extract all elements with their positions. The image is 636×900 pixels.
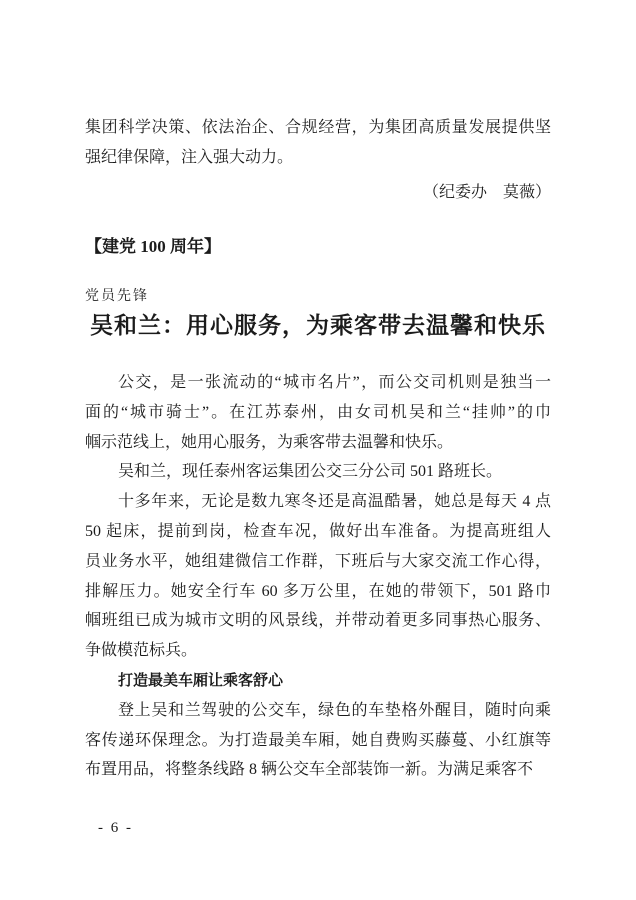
text-line: 客传递环保理念。为打造最美车厢，她自费购买藤蔓、小红旗等 [85, 726, 551, 756]
page-number: - 6 - [98, 818, 133, 838]
text-line: 帼班组已成为城市文明的风景线，并带动着更多同事热心服务、 [85, 606, 551, 636]
text-line: 强纪律保障，注入强大动力。 [85, 143, 551, 173]
paragraph: 十多年来，无论是数九寒冬还是高温酷暑，她总是每天 4 点50 起床，提前到岗，检… [85, 487, 551, 666]
text-line: 员业务水平，她组建微信工作群，下班后与大家交流工作心得， [85, 547, 551, 577]
article-kicker: 党员先锋 [85, 288, 551, 306]
text-line: 50 起床，提前到岗，检查车况，做好出车准备。为提高班组人 [85, 517, 551, 547]
text-line: 布置用品，将整条线路 8 辆公交车全部装饰一新。为满足乘客不 [85, 755, 551, 785]
paragraph: 登上吴和兰驾驶的公交车，绿色的车垫格外醒目，随时向乘客传递环保理念。为打造最美车… [85, 696, 551, 785]
text-line: 吴和兰，现任泰州客运集团公交三分公司 501 路班长。 [85, 457, 551, 487]
text-line: 排解压力。她安全行车 60 多万公里，在她的带领下，501 路巾 [85, 577, 551, 607]
subheading: 打造最美车厢让乘客舒心 [85, 666, 551, 696]
byline: （纪委办 莫薇） [85, 178, 551, 208]
section-heading: 【建党 100 周年】 [85, 236, 551, 258]
paragraph: 吴和兰，现任泰州客运集团公交三分公司 501 路班长。 [85, 457, 551, 487]
text-line: 登上吴和兰驾驶的公交车，绿色的车垫格外醒目，随时向乘 [85, 696, 551, 726]
text-line: 帼示范线上，她用心服务，为乘客带去温馨和快乐。 [85, 428, 551, 458]
closing-paragraph: 集团科学决策、依法治企、合规经营，为集团高质量发展提供坚强纪律保障，注入强大动力… [85, 113, 551, 173]
text-line: 十多年来，无论是数九寒冬还是高温酷暑，她总是每天 4 点 [85, 487, 551, 517]
article-body: 公交，是一张流动的“城市名片”，而公交司机则是独当一面的“城市骑士”。在江苏泰州… [85, 368, 551, 785]
article-headline: 吴和兰：用心服务，为乘客带去温馨和快乐 [85, 309, 551, 343]
document-page: 集团科学决策、依法治企、合规经营，为集团高质量发展提供坚强纪律保障，注入强大动力… [0, 0, 636, 900]
text-line: 面的“城市骑士”。在江苏泰州，由女司机吴和兰“挂帅”的巾 [85, 398, 551, 428]
paragraph: 公交，是一张流动的“城市名片”，而公交司机则是独当一面的“城市骑士”。在江苏泰州… [85, 368, 551, 457]
text-line: 集团科学决策、依法治企、合规经营，为集团高质量发展提供坚 [85, 113, 551, 143]
text-line: 争做模范标兵。 [85, 636, 551, 666]
text-line: 公交，是一张流动的“城市名片”，而公交司机则是独当一 [85, 368, 551, 398]
